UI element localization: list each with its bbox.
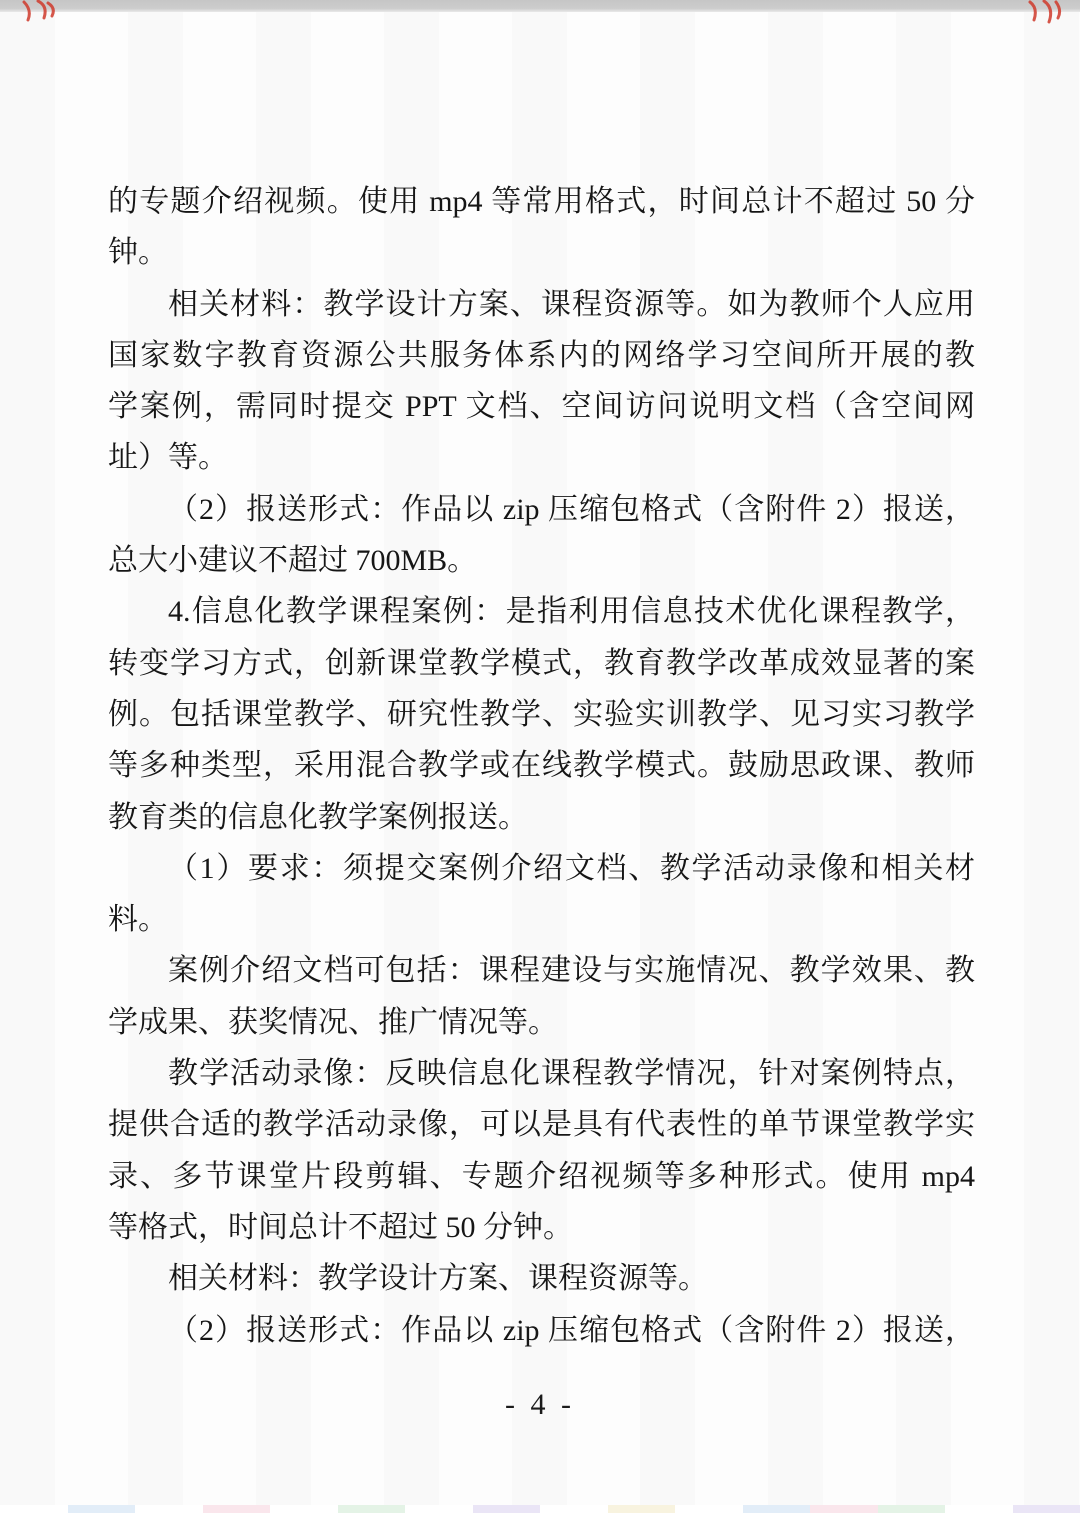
text-line: （2）报送形式：作品以 zip 压缩包格式（含附件 2）报送， — [108, 1305, 975, 1356]
page-number: - 4 - — [0, 1388, 1080, 1422]
text-line: 总大小建议不超过 700MB。 — [108, 535, 975, 586]
scan-edge-segment — [270, 1505, 338, 1513]
scan-edge-segment — [203, 1505, 271, 1513]
scan-edge-segment — [743, 1505, 811, 1513]
text-line: 学成果、获奖情况、推广情况等。 — [108, 997, 975, 1048]
text-line: （2）报送形式：作品以 zip 压缩包格式（含附件 2）报送， — [108, 484, 975, 535]
scan-edge-segment — [540, 1505, 608, 1513]
scan-edge-segment — [945, 1505, 1013, 1513]
text-line: 国家数字教育资源公共服务体系内的网络学习空间所开展的教 — [108, 330, 975, 381]
text-line: 相关材料：教学设计方案、课程资源等。 — [108, 1253, 975, 1304]
text-line: 案例介绍文档可包括：课程建设与实施情况、教学效果、教 — [108, 945, 975, 996]
text-line: 学案例，需同时提交 PPT 文档、空间访问说明文档（含空间网 — [108, 381, 975, 432]
document-body: 的专题介绍视频。使用 mp4 等常用格式，时间总计不超过 50 分 钟。 相关材… — [108, 176, 975, 1356]
scan-top-edge — [0, 0, 1080, 12]
red-pen-mark-icon — [18, 0, 60, 31]
scanned-document-page: { "page": { "footer_page_number": "- 4 -… — [0, 0, 1080, 1513]
text-line: 提供合适的教学活动录像，可以是具有代表性的单节课堂教学实 — [108, 1099, 975, 1150]
text-line: 教育类的信息化教学案例报送。 — [108, 792, 975, 843]
scan-edge-segment — [68, 1505, 136, 1513]
scan-edge-segment — [675, 1505, 743, 1513]
text-line: 等多种类型，采用混合教学或在线教学模式。鼓励思政课、教师 — [108, 740, 975, 791]
text-line: 转变学习方式，创新课堂教学模式，教育教学改革成效显著的案 — [108, 638, 975, 689]
scan-edge-segment — [405, 1505, 473, 1513]
scan-edge-segment — [878, 1505, 946, 1513]
text-line: 4.信息化教学课程案例：是指利用信息技术优化课程教学， — [108, 586, 975, 637]
text-line: 料。 — [108, 894, 975, 945]
scan-edge-segment — [473, 1505, 541, 1513]
scan-edge-segment — [135, 1505, 203, 1513]
text-line: 教学活动录像：反映信息化课程教学情况，针对案例特点， — [108, 1048, 975, 1099]
text-line: 例。包括课堂教学、研究性教学、实验实训教学、见习实习教学 — [108, 689, 975, 740]
red-pen-mark-icon — [1022, 0, 1064, 33]
text-line: 等格式，时间总计不超过 50 分钟。 — [108, 1202, 975, 1253]
text-line: 录、多节课堂片段剪辑、专题介绍视频等多种形式。使用 mp4 — [108, 1151, 975, 1202]
scan-bottom-edge-artifact — [0, 1505, 1080, 1513]
scan-edge-segment — [338, 1505, 406, 1513]
scan-edge-segment — [1013, 1505, 1080, 1513]
scan-edge-segment — [608, 1505, 676, 1513]
text-line: 址）等。 — [108, 432, 975, 483]
text-line: 钟。 — [108, 227, 975, 278]
text-line: 相关材料：教学设计方案、课程资源等。如为教师个人应用 — [108, 279, 975, 330]
text-line: （1）要求：须提交案例介绍文档、教学活动录像和相关材 — [108, 843, 975, 894]
text-line: 的专题介绍视频。使用 mp4 等常用格式，时间总计不超过 50 分 — [108, 176, 975, 227]
scan-edge-segment — [0, 1505, 68, 1513]
scan-edge-segment — [810, 1505, 878, 1513]
